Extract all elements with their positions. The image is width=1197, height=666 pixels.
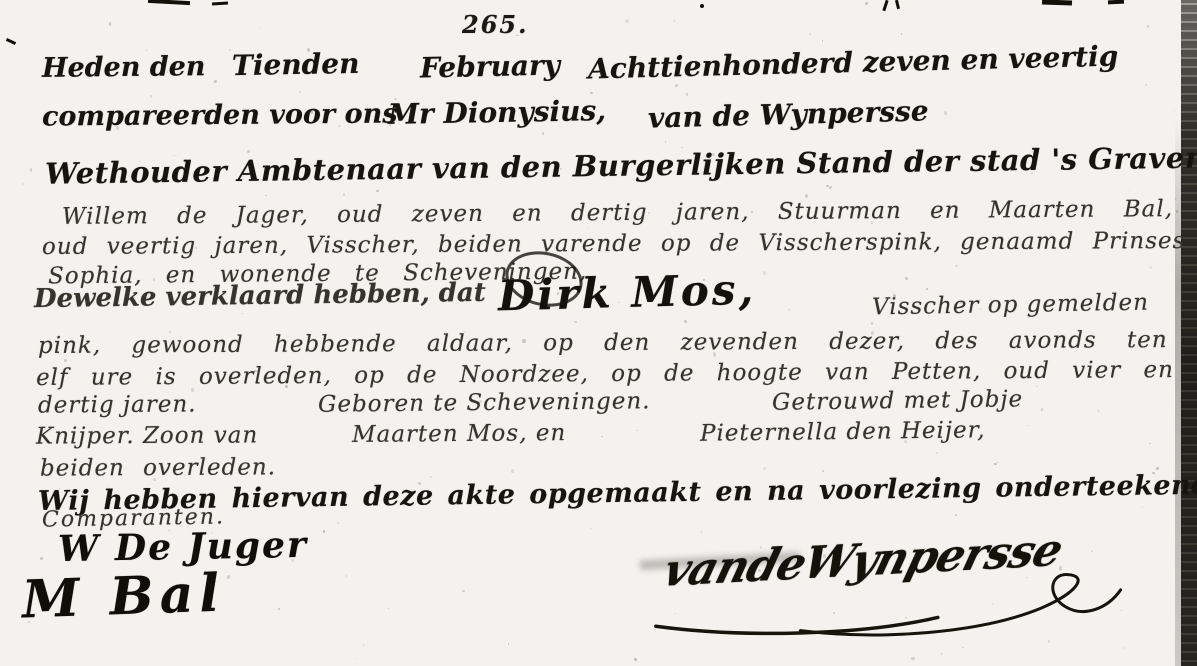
paper-speck bbox=[822, 40, 824, 42]
act-line-5-declarant-2: oud veertig jaren, Visscher, beiden vare… bbox=[42, 228, 1186, 260]
scanned-act-page: 265. Heden den Tienden February Achttien… bbox=[0, 0, 1197, 666]
paper-speck bbox=[508, 643, 510, 645]
act-line-7-declaration: Dewelke verklaard hebben, dat bbox=[34, 278, 486, 314]
paper-speck bbox=[146, 50, 147, 51]
paper-speck bbox=[1041, 408, 1043, 411]
paper-speck bbox=[247, 150, 250, 153]
paper-speck bbox=[601, 436, 602, 437]
paper-speck bbox=[1028, 425, 1029, 426]
paper-speck bbox=[229, 49, 231, 50]
paper-speck bbox=[684, 320, 687, 322]
paper-speck bbox=[337, 522, 339, 525]
act-line-1-month: February bbox=[420, 49, 561, 85]
act-line-10-birthplace: Geboren te Scheveningen. bbox=[318, 388, 651, 417]
paper-speck bbox=[901, 33, 903, 35]
paper-speck bbox=[865, 2, 868, 4]
paper-speck bbox=[788, 309, 790, 311]
paper-speck bbox=[1145, 84, 1147, 85]
paper-speck bbox=[590, 528, 593, 530]
act-line-11-spouse-surname: Knijper. Zoon van bbox=[36, 422, 258, 449]
paper-speck bbox=[278, 608, 280, 611]
paper-speck bbox=[936, 452, 938, 453]
paper-speck bbox=[962, 647, 964, 648]
paper-speck bbox=[701, 531, 702, 533]
act-line-2-registrar-title: Mr Dionysius, bbox=[388, 94, 607, 131]
act-line-1-heden-den: Heden den bbox=[42, 51, 206, 84]
paper-speck bbox=[1149, 443, 1151, 444]
paper-speck bbox=[955, 514, 957, 516]
paper-speck bbox=[918, 286, 919, 287]
scan-artifact-top-5 bbox=[895, 0, 900, 9]
scan-artifact-top-6 bbox=[1042, 0, 1072, 6]
act-line-7-occupation: Visscher op gemelden bbox=[872, 290, 1149, 321]
scan-artifact-top-4 bbox=[882, 0, 888, 11]
act-line-4-declarant-1: Willem de Jager, oud zeven en dertig jar… bbox=[62, 196, 1173, 230]
deceased-name: Dirk Mos, bbox=[497, 265, 756, 321]
act-line-2-registrar-name: van de Wynpersse bbox=[648, 94, 929, 134]
signature-witness-2: M Bal bbox=[21, 562, 226, 630]
paper-speck bbox=[346, 575, 347, 576]
scan-artifact-top-3 bbox=[700, 4, 704, 8]
act-line-1-year: Achttienhonderd zeven en veertig bbox=[588, 40, 1119, 86]
paper-speck bbox=[153, 647, 155, 649]
paper-speck bbox=[574, 321, 576, 323]
paper-speck bbox=[1129, 190, 1131, 191]
scan-artifact-top-1 bbox=[148, 0, 190, 5]
paper-speck bbox=[265, 195, 266, 196]
paper-speck bbox=[355, 658, 356, 660]
paper-speck bbox=[343, 193, 346, 196]
paper-speck bbox=[763, 467, 766, 470]
paper-speck bbox=[625, 19, 628, 23]
paper-speck bbox=[941, 653, 942, 655]
scan-artifact-left-1 bbox=[6, 38, 16, 45]
paper-speck bbox=[23, 183, 25, 184]
paper-speck bbox=[580, 423, 581, 425]
act-line-3-office: Wethouder Ambtenaar van den Burgerlijken… bbox=[45, 139, 1197, 190]
paper-speck bbox=[323, 530, 326, 533]
paper-speck bbox=[1174, 110, 1176, 112]
paper-speck bbox=[634, 658, 637, 662]
paper-speck bbox=[926, 288, 928, 289]
paper-speck bbox=[109, 22, 111, 25]
paper-speck bbox=[1142, 506, 1143, 508]
paper-speck bbox=[587, 227, 588, 229]
paper-speck bbox=[911, 657, 914, 660]
paper-speck bbox=[1098, 410, 1099, 411]
act-line-1-day: Tienden bbox=[232, 47, 360, 82]
paper-speck bbox=[944, 111, 947, 115]
paper-speck bbox=[363, 644, 365, 646]
paper-speck bbox=[1147, 25, 1149, 28]
paper-speck bbox=[227, 575, 230, 579]
paper-speck bbox=[822, 470, 824, 472]
paper-speck bbox=[376, 190, 379, 193]
paper-speck bbox=[30, 168, 32, 171]
act-number: 265. bbox=[462, 10, 528, 39]
paper-speck bbox=[511, 469, 514, 473]
act-line-8-death-date: pink, gewoond hebbende aldaar, op den ze… bbox=[38, 327, 1168, 359]
act-line-11-mother: Pieternella den Heijer, bbox=[700, 417, 986, 446]
paper-speck bbox=[763, 271, 766, 275]
act-line-2-compareerden: compareerden voor ons bbox=[42, 98, 398, 132]
paper-speck bbox=[150, 95, 152, 98]
paper-speck bbox=[637, 430, 638, 431]
paper-speck bbox=[809, 33, 811, 35]
paper-speck bbox=[388, 608, 389, 609]
paper-speck bbox=[462, 590, 465, 592]
act-line-10-age: dertig jaren. bbox=[38, 391, 197, 418]
paper-speck bbox=[686, 93, 689, 95]
scan-edge-band bbox=[1181, 0, 1197, 666]
paper-speck bbox=[905, 277, 908, 280]
act-line-11-father: Maarten Mos, en bbox=[352, 420, 566, 448]
paper-speck bbox=[994, 463, 997, 466]
paper-speck bbox=[675, 84, 678, 86]
paper-speck bbox=[1124, 647, 1125, 649]
paper-speck bbox=[805, 194, 808, 198]
paper-speck bbox=[665, 141, 667, 143]
paper-speck bbox=[214, 80, 217, 83]
act-line-12-parents-deceased: beiden overleden. bbox=[40, 454, 276, 481]
paper-speck bbox=[829, 186, 832, 190]
act-line-10-spouse: Getrouwd met Jobje bbox=[772, 386, 1023, 416]
paper-speck bbox=[673, 226, 674, 227]
paper-speck bbox=[542, 132, 545, 135]
official-signature: vandeWynpersse bbox=[646, 522, 1131, 647]
paper-speck bbox=[1048, 640, 1050, 643]
paper-speck bbox=[1036, 386, 1038, 387]
paper-speck bbox=[241, 313, 242, 314]
paper-speck bbox=[674, 20, 676, 22]
paper-speck bbox=[955, 265, 958, 267]
paper-speck bbox=[871, 322, 873, 324]
scan-artifact-top-7 bbox=[1108, 0, 1124, 4]
paper-speck bbox=[1149, 266, 1152, 268]
scan-artifact-top-2 bbox=[212, 1, 228, 5]
paper-speck bbox=[40, 557, 43, 560]
paper-speck bbox=[64, 359, 66, 362]
paper-speck bbox=[299, 91, 301, 93]
paper-speck bbox=[260, 27, 262, 29]
paper-speck bbox=[430, 476, 432, 478]
